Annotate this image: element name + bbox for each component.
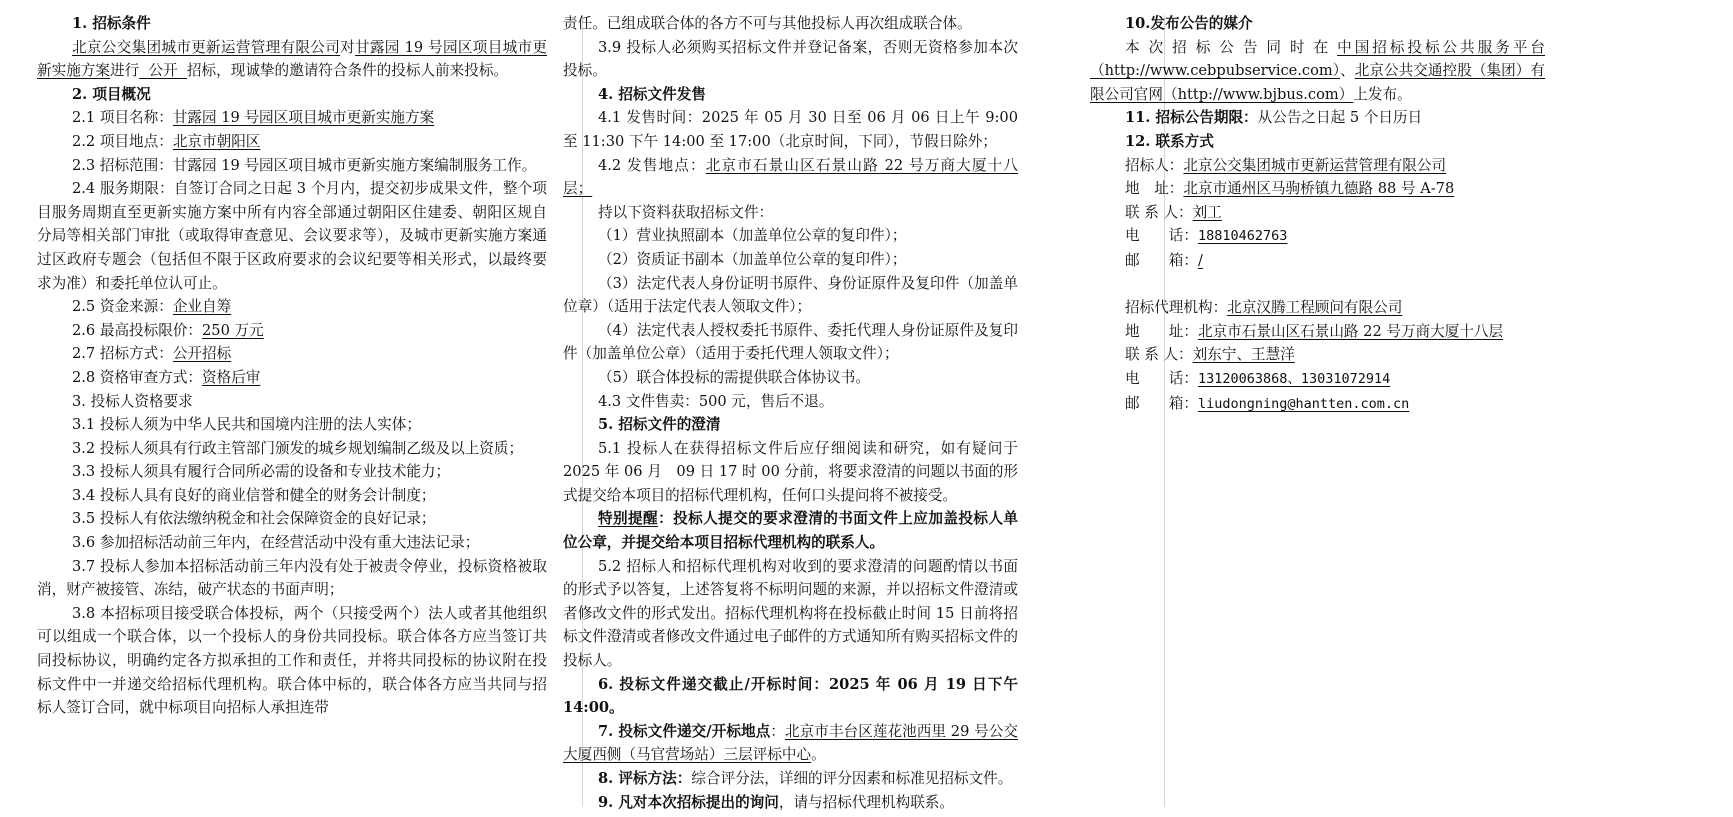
contact-row: 邮 箱：liudongning@hantten.com.cn [1090,392,1545,417]
label: 邮 箱： [1125,252,1198,269]
contact-row: 地 址：北京市石景山区石景山路 22 号万商大厦十八层 [1090,320,1545,344]
section-3-title: 3. 投标人资格要求 [37,390,547,414]
tenderer-contact: 招标人：北京公交集团城市更新运营管理有限公司 地 址：北京市通州区马驹桥镇九德路… [1090,154,1545,273]
contact-row: 电 话：13120063868、13031072914 [1090,367,1545,392]
special-notice: 特别提醒：投标人提交的要求澄清的书面文件上应加盖投标人单位公章，并提交给本项目招… [563,507,1018,554]
item-3-9: 3.9 投标人必须购买招标文件并登记备案，否则无资格参加本次投标。 [563,36,1018,83]
documents-intro: 持以下资料获取招标文件： [563,201,1018,225]
item-5-2: 5.2 招标人和招标代理机构对收到的要求澄清的问题酌情以书面的形式予以答复，上述… [563,555,1018,673]
value: 北京市石景山区石景山路 22 号万商大厦十八层 [1198,323,1503,340]
label: 邮 箱： [1125,395,1198,412]
phone-value: 13120063868、13031072914 [1198,371,1390,387]
label: 2.4 服务期限： [72,180,174,197]
label: 电 话： [1125,227,1198,244]
value: 甘露园 19 号园区项目城市更新实施方案 [173,109,434,126]
value: 北京市通州区马驹桥镇九德路 88 号 A-78 [1183,180,1454,197]
value: 从公告之日起 5 个日历日 [1258,109,1423,126]
label: 地 址： [1125,323,1198,340]
section-10-title: 10.发布公告的媒介 [1090,12,1545,36]
label: 7. 投标文件递交/开标地点 [598,723,770,740]
section-2-title: 2. 项目概况 [37,83,547,107]
section-10-paragraph: 本次招标公告同时在中国招标投标公共服务平台（http://www.cebpubs… [1090,36,1545,107]
column-1: 1. 招标条件 北京公交集团城市更新运营管理有限公司对甘露园 19 号园区项目城… [37,12,547,720]
label: 招标代理机构： [1125,299,1227,316]
label: 2.5 资金来源： [72,298,173,315]
label: 8. 评标方法： [598,770,691,787]
item-2-8: 2.8 资格审查方式：资格后审 [37,366,547,390]
value: 甘露园 19 号园区项目城市更新实施方案编制服务工作。 [173,157,537,174]
value: 刘工 [1193,204,1222,221]
text: 。 [811,746,826,763]
value: ，请与招标代理机构联系。 [779,794,954,811]
item-2-7: 2.7 招标方式：公开招标 [37,342,547,366]
text: ： [770,723,785,740]
label: 2.7 招标方式： [72,345,173,362]
phone-value: 18810462763 [1198,228,1287,244]
contact-row: 地 址：北京市通州区马驹桥镇九德路 88 号 A-78 [1090,177,1545,201]
section-12-title: 12. 联系方式 [1090,130,1545,154]
item-3-1: 3.1 投标人须为中华人民共和国境内注册的法人实体； [37,413,547,437]
item-3-4: 3.4 投标人具有良好的商业信誉和健全的财务会计制度； [37,484,547,508]
text: 、 [1340,62,1355,79]
text: 上发布。 [1353,86,1411,103]
label: 2.8 资格审查方式： [72,369,202,386]
text: 本次招标公告同时在 [1125,39,1337,56]
value: 北京汉腾工程顾问有限公司 [1227,299,1402,316]
column-2: 责任。已组成联合体的各方不可与其他投标人再次组成联合体。 3.9 投标人必须购买… [563,12,1018,814]
value: 250 万元 [202,322,264,339]
document-item-2: （2）资质证书副本（加盖单位公章的复印件）； [563,248,1018,272]
label: 9. 凡对本次招标提出的询问 [598,794,779,811]
label: 11. 招标公告期限： [1125,109,1258,126]
label: 2.1 项目名称： [72,109,173,126]
item-2-2: 2.2 项目地点：北京市朝阳区 [37,130,547,154]
item-2-1: 2.1 项目名称：甘露园 19 号园区项目城市更新实施方案 [37,106,547,130]
value: 综合评分法，详细的评分因素和标准见招标文件。 [691,770,1012,787]
contact-row: 电 话：18810462763 [1090,224,1545,249]
value: 北京市朝阳区 [173,133,261,150]
agency-contact: 招标代理机构：北京汉腾工程顾问有限公司 地 址：北京市石景山区石景山路 22 号… [1090,296,1545,416]
label: 电 话： [1125,370,1198,387]
contact-row: 邮 箱：/ [1090,249,1545,273]
item-5-1: 5.1 投标人在获得招标文件后应仔细阅读和研究，如有疑问于 2025 年 06 … [563,437,1018,508]
label: 联 系 人： [1125,204,1193,221]
value: 刘东宁、王慧洋 [1193,346,1295,363]
item-4-3: 4.3 文件售卖：500 元，售后不退。 [563,390,1018,414]
contact-row: 联 系 人：刘工 [1090,201,1545,225]
item-4-1: 4.1 发售时间：2025 年 05 月 30 日至 06 月 06 日上午 9… [563,106,1018,153]
column-3: 10.发布公告的媒介 本次招标公告同时在中国招标投标公共服务平台（http://… [1090,12,1545,416]
section-11: 11. 招标公告期限：从公告之日起 5 个日历日 [1090,106,1545,130]
document-item-5: （5）联合体投标的需提供联合体协议书。 [563,366,1018,390]
section-1-paragraph: 北京公交集团城市更新运营管理有限公司对甘露园 19 号园区项目城市更新实施方案进… [37,36,547,83]
item-3-3: 3.3 投标人须具有履行合同所必需的设备和专业技术能力； [37,460,547,484]
section-5-title: 5. 招标文件的澄清 [563,413,1018,437]
item-3-8-continued: 责任。已组成联合体的各方不可与其他投标人再次组成联合体。 [563,12,1018,36]
tender-method: 公开 [139,62,187,79]
label: 招标人： [1125,157,1183,174]
section-9: 9. 凡对本次招标提出的询问，请与招标代理机构联系。 [563,791,1018,815]
item-2-3: 2.3 招标范围：甘露园 19 号园区项目城市更新实施方案编制服务工作。 [37,154,547,178]
document-item-3: （3）法定代表人身份证明书原件、身份证原件及复印件（加盖单位章）（适用于法定代表… [563,272,1018,319]
text: 对 [340,39,355,56]
label: 6. 投标文件递交截止/开标时间： [598,676,829,693]
item-2-6: 2.6 最高投标限价：250 万元 [37,319,547,343]
section-8: 8. 评标方法：综合评分法，详细的评分因素和标准见招标文件。 [563,767,1018,791]
label: 4.2 发售地点： [598,157,706,174]
item-3-8: 3.8 本招标项目接受联合体投标，两个（只接受两个）法人或者其他组织可以组成一个… [37,602,547,720]
spacer [1090,273,1545,297]
document-item-1: （1）营业执照副本（加盖单位公章的复印件）； [563,224,1018,248]
label: 2.6 最高投标限价： [72,322,202,339]
contact-row: 招标代理机构：北京汉腾工程顾问有限公司 [1090,296,1545,320]
text: 招标，现诚挚的邀请符合条件的投标人前来投标。 [187,62,508,79]
email-value: / [1198,252,1203,269]
label: 联 系 人： [1125,346,1193,363]
label: 地 址： [1125,180,1183,197]
section-6: 6. 投标文件递交截止/开标时间：2025 年 06 月 19 日下午 14:0… [563,673,1018,720]
tenderer-name: 北京公交集团城市更新运营管理有限公司 [72,39,340,56]
item-3-6: 3.6 参加招标活动前三年内，在经营活动中没有重大违法记录； [37,531,547,555]
document-item-4: （4）法定代表人授权委托书原件、委托代理人身份证原件及复印件（加盖单位公章）（适… [563,319,1018,366]
item-3-2: 3.2 投标人须具有行政主管部门颁发的城乡规划编制乙级及以上资质； [37,437,547,461]
item-2-5: 2.5 资金来源：企业自筹 [37,295,547,319]
value: 资格后审 [202,369,260,386]
item-2-4: 2.4 服务期限：自签订合同之日起 3 个月内，提交初步成果文件，整个项目服务周… [37,177,547,295]
value: 北京公交集团城市更新运营管理有限公司 [1183,157,1446,174]
section-1-title: 1. 招标条件 [37,12,547,36]
label: 2.3 招标范围： [72,157,173,174]
label: 2.2 项目地点： [72,133,173,150]
value: 企业自筹 [173,298,231,315]
item-3-5: 3.5 投标人有依法缴纳税金和社会保障资金的良好记录； [37,507,547,531]
notice-label: 特别提醒 [598,510,658,527]
contact-row: 招标人：北京公交集团城市更新运营管理有限公司 [1090,154,1545,178]
section-7: 7. 投标文件递交/开标地点：北京市丰台区莲花池西里 29 号公交大厦西侧（马官… [563,720,1018,767]
item-4-2: 4.2 发售地点：北京市石景山区石景山路 22 号万商大厦十八层； [563,154,1018,201]
email-link[interactable]: liudongning@hantten.com.cn [1198,396,1409,412]
item-3-7: 3.7 投标人参加本招标活动前三年内没有处于被责令停业，投标资格被取消，财产被接… [37,555,547,602]
text: 进行 [110,62,139,79]
contact-row: 联 系 人：刘东宁、王慧洋 [1090,343,1545,367]
value: 公开招标 [173,345,231,362]
section-4-title: 4. 招标文件发售 [563,83,1018,107]
